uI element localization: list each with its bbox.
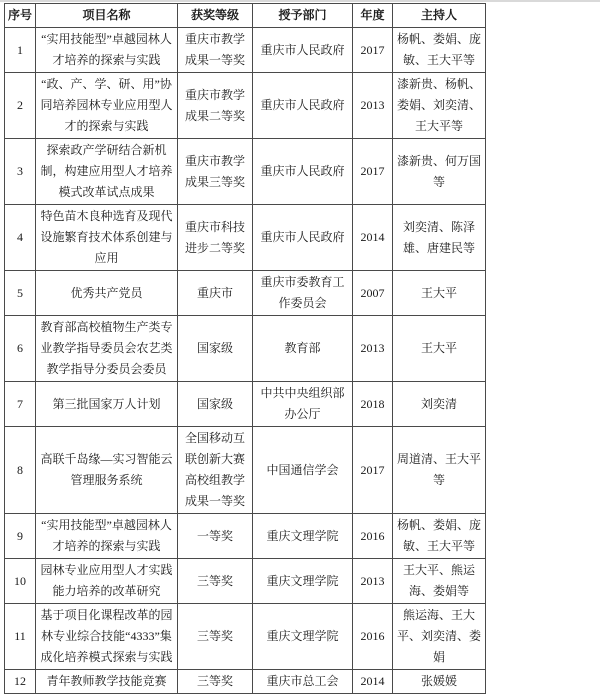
cell-department: 重庆文理学院	[253, 514, 353, 559]
table-row: 8高联千岛缘—实习智能云管理服务系统全国移动互联创新大赛高校组教学成果一等奖中国…	[5, 427, 486, 514]
cell-index: 2	[5, 73, 36, 139]
cell-level: 重庆市教学成果三等奖	[178, 139, 253, 205]
table-row: 12青年教师教学技能竞赛三等奖重庆市总工会2014张媛媛	[5, 670, 486, 683]
column-header-year: 年度	[353, 4, 393, 28]
cell-year: 2007	[353, 271, 393, 316]
cell-department: 重庆市人民政府	[253, 28, 353, 73]
cell-level: 重庆市	[178, 271, 253, 316]
table-row: 6教育部高校植物生产类专业教学指导委员会农艺类教学指导分委员会委员国家级教育部2…	[5, 316, 486, 382]
cell-name: 基于项目化课程改革的园林专业综合技能“4333”集成化培养模式探索与实践	[36, 604, 178, 670]
table-row: 4特色苗木良种选育及现代设施繁育技术体系创建与应用重庆市科技进步二等奖重庆市人民…	[5, 205, 486, 271]
page-top-edge	[0, 0, 600, 2]
cell-year: 2013	[353, 73, 393, 139]
cell-name: 青年教师教学技能竞赛	[36, 670, 178, 683]
cell-department: 重庆市人民政府	[253, 73, 353, 139]
cell-host: 刘奕清、陈泽雄、唐建民等	[393, 205, 486, 271]
cell-year: 2017	[353, 28, 393, 73]
cell-department: 重庆文理学院	[253, 559, 353, 604]
cell-level: 国家级	[178, 382, 253, 427]
cell-index: 12	[5, 670, 36, 683]
cell-level: 三等奖	[178, 670, 253, 683]
cell-host: 王大平	[393, 271, 486, 316]
table-row: 7第三批国家万人计划国家级中共中央组织部办公厅2018刘奕清	[5, 382, 486, 427]
cell-index: 5	[5, 271, 36, 316]
cell-level: 国家级	[178, 316, 253, 382]
cell-host: 熊运海、王大平、刘奕清、娄娟	[393, 604, 486, 670]
cell-name: 园林专业应用型人才实践能力培养的改革研究	[36, 559, 178, 604]
column-header-host: 主持人	[393, 4, 486, 28]
cell-level: 三等奖	[178, 604, 253, 670]
cell-name: 优秀共产党员	[36, 271, 178, 316]
column-header-index: 序号	[5, 4, 36, 28]
cell-name: 第三批国家万人计划	[36, 382, 178, 427]
cell-host: 刘奕清	[393, 382, 486, 427]
cell-level: 重庆市教学成果一等奖	[178, 28, 253, 73]
cell-level: 全国移动互联创新大赛高校组教学成果一等奖	[178, 427, 253, 514]
cell-department: 重庆市委教育工作委员会	[253, 271, 353, 316]
cell-name: “政、产、学、研、用”协同培养园林专业应用型人才的探索与实践	[36, 73, 178, 139]
table-header: 序号 项目名称 获奖等级 授予部门 年度 主持人	[5, 4, 486, 28]
cell-index: 4	[5, 205, 36, 271]
cell-department: 中国通信学会	[253, 427, 353, 514]
cell-year: 2017	[353, 427, 393, 514]
cell-year: 2014	[353, 205, 393, 271]
table-body: 1“实用技能型”卓越园林人才培养的探索与实践重庆市教学成果一等奖重庆市人民政府2…	[5, 28, 486, 683]
column-header-department: 授予部门	[253, 4, 353, 28]
table-row: 11基于项目化课程改革的园林专业综合技能“4333”集成化培养模式探索与实践三等…	[5, 604, 486, 670]
cell-year: 2013	[353, 316, 393, 382]
cell-year: 2013	[353, 559, 393, 604]
column-header-level: 获奖等级	[178, 4, 253, 28]
cell-name: “实用技能型”卓越园林人才培养的探索与实践	[36, 28, 178, 73]
cell-index: 11	[5, 604, 36, 670]
cell-level: 重庆市教学成果二等奖	[178, 73, 253, 139]
cell-index: 6	[5, 316, 36, 382]
column-header-name: 项目名称	[36, 4, 178, 28]
cell-year: 2016	[353, 604, 393, 670]
cell-level: 三等奖	[178, 559, 253, 604]
cell-name: 探索政产学研结合新机制，构建应用型人才培养模式改革试点成果	[36, 139, 178, 205]
cell-department: 重庆文理学院	[253, 604, 353, 670]
cell-department: 重庆市人民政府	[253, 205, 353, 271]
table-row: 1“实用技能型”卓越园林人才培养的探索与实践重庆市教学成果一等奖重庆市人民政府2…	[5, 28, 486, 73]
cell-year: 2016	[353, 514, 393, 559]
cell-host: 王大平	[393, 316, 486, 382]
cell-index: 8	[5, 427, 36, 514]
cell-index: 3	[5, 139, 36, 205]
cell-host: 漆新贵、何万国等	[393, 139, 486, 205]
cell-level: 一等奖	[178, 514, 253, 559]
cell-host: 杨帆、娄娟、庞敏、王大平等	[393, 514, 486, 559]
awards-table: 序号 项目名称 获奖等级 授予部门 年度 主持人 1“实用技能型”卓越园林人才培…	[4, 3, 486, 682]
cell-index: 1	[5, 28, 36, 73]
cell-name: 特色苗木良种选育及现代设施繁育技术体系创建与应用	[36, 205, 178, 271]
cell-name: “实用技能型”卓越园林人才培养的探索与实践	[36, 514, 178, 559]
cell-department: 重庆市人民政府	[253, 139, 353, 205]
cell-host: 张媛媛	[393, 670, 486, 683]
cell-department: 教育部	[253, 316, 353, 382]
cell-name: 教育部高校植物生产类专业教学指导委员会农艺类教学指导分委员会委员	[36, 316, 178, 382]
cell-host: 王大平、熊运海、娄娟等	[393, 559, 486, 604]
cell-host: 周道清、王大平等	[393, 427, 486, 514]
cell-department: 中共中央组织部办公厅	[253, 382, 353, 427]
cell-year: 2014	[353, 670, 393, 683]
header-row: 序号 项目名称 获奖等级 授予部门 年度 主持人	[5, 4, 486, 28]
cell-index: 7	[5, 382, 36, 427]
table-row: 10园林专业应用型人才实践能力培养的改革研究三等奖重庆文理学院2013王大平、熊…	[5, 559, 486, 604]
table-row: 3探索政产学研结合新机制，构建应用型人才培养模式改革试点成果重庆市教学成果三等奖…	[5, 139, 486, 205]
cell-index: 9	[5, 514, 36, 559]
cell-host: 杨帆、娄娟、庞敏、王大平等	[393, 28, 486, 73]
cell-index: 10	[5, 559, 36, 604]
cell-year: 2017	[353, 139, 393, 205]
table-row: 9“实用技能型”卓越园林人才培养的探索与实践一等奖重庆文理学院2016杨帆、娄娟…	[5, 514, 486, 559]
table-row: 5优秀共产党员重庆市重庆市委教育工作委员会2007王大平	[5, 271, 486, 316]
cell-host: 漆新贵、杨帆、娄娟、刘奕清、王大平等	[393, 73, 486, 139]
cell-name: 高联千岛缘—实习智能云管理服务系统	[36, 427, 178, 514]
cell-year: 2018	[353, 382, 393, 427]
table-row: 2“政、产、学、研、用”协同培养园林专业应用型人才的探索与实践重庆市教学成果二等…	[5, 73, 486, 139]
cell-level: 重庆市科技进步二等奖	[178, 205, 253, 271]
cell-department: 重庆市总工会	[253, 670, 353, 683]
